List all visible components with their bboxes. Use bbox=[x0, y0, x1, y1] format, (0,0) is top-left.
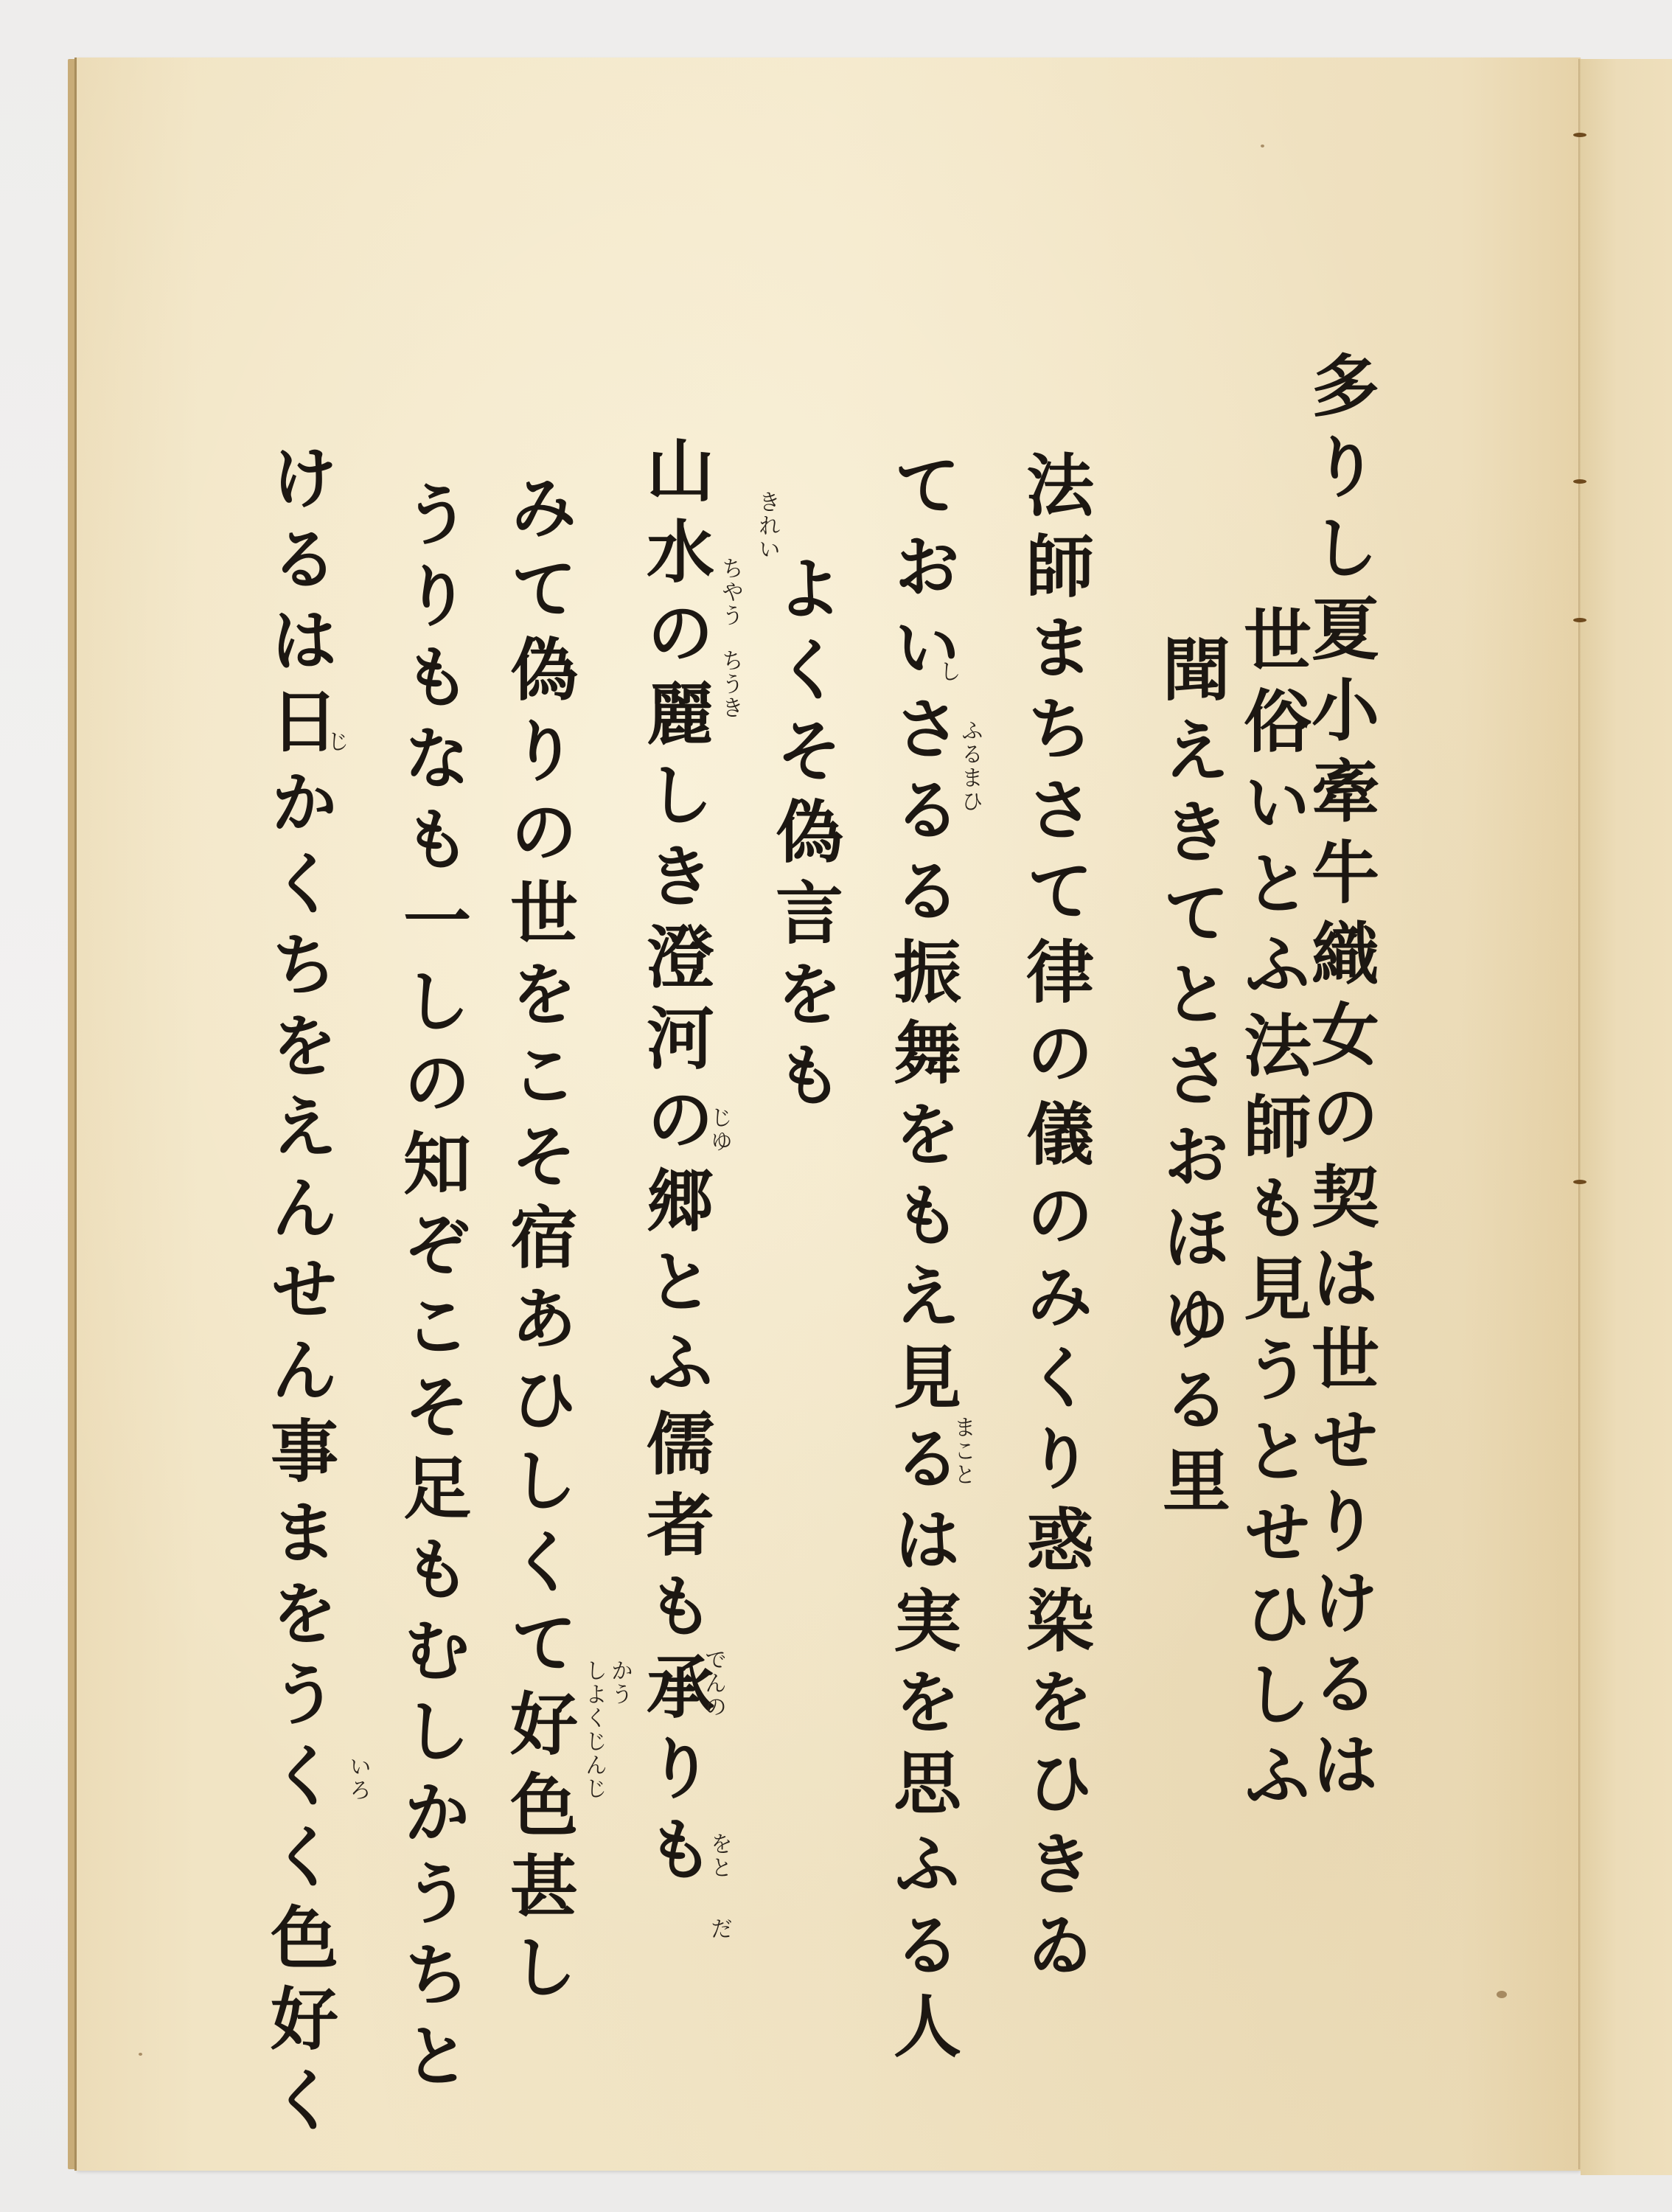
text-column-10: けるは日かくちをえんせん事まをうくく色好く bbox=[265, 442, 333, 2146]
stitch-hole-icon bbox=[1573, 479, 1586, 484]
stitch-hole-icon bbox=[1573, 1180, 1586, 1184]
furigana: ちうき bbox=[719, 649, 741, 720]
furigana: いろ bbox=[346, 1755, 369, 1802]
text-column-3: 聞えきてとさおほゆる里 bbox=[1157, 634, 1225, 1526]
text-column-1: 多りし夏小牽牛織女の契は世せりけるは bbox=[1306, 350, 1374, 1810]
text-column-6: よくそ偽言をも bbox=[770, 553, 838, 1121]
furigana: でんの bbox=[702, 1648, 724, 1719]
binding-fold bbox=[1578, 59, 1581, 2169]
furigana: しよくじんじ bbox=[582, 1659, 605, 1801]
furigana: ふるまひ bbox=[958, 719, 980, 813]
stitch-hole-icon bbox=[1573, 618, 1586, 622]
paper-stain bbox=[1497, 1991, 1507, 1998]
furigana: きれい bbox=[756, 490, 778, 561]
furigana: じゆ bbox=[708, 1106, 730, 1153]
text-column-2: 世俗いとふ法師も見うとせひしふ bbox=[1239, 605, 1306, 1821]
text-column-7: 山水の麗しき澄河の郷とふ儒者も承りも bbox=[641, 435, 709, 1895]
adjacent-page-edge bbox=[1581, 59, 1672, 2175]
furigana: まこと bbox=[951, 1416, 973, 1486]
furigana: し bbox=[936, 660, 958, 684]
text-column-9: うりもなも一しの知ぞこそ足もむしかうちと bbox=[398, 479, 466, 2101]
paper-speck bbox=[139, 2053, 142, 2056]
furigana: ちやう bbox=[719, 557, 741, 627]
paper-speck bbox=[1261, 145, 1264, 147]
text-column-5: ておいさるる振舞をもえ見るは実を思ふる人 bbox=[888, 450, 956, 2072]
text-column-4: 法師まちさて律の儀のみくり惑染をひきゐ bbox=[1021, 450, 1089, 1991]
stitch-hole-icon bbox=[1573, 133, 1586, 137]
furigana: かう bbox=[608, 1659, 630, 1706]
furigana: をと bbox=[708, 1832, 730, 1879]
furigana: だ bbox=[708, 1917, 730, 1941]
furigana: じ bbox=[324, 730, 346, 754]
text-column-8: みて偽りの世をこそ宿あひしくて好色甚し bbox=[505, 472, 573, 2013]
